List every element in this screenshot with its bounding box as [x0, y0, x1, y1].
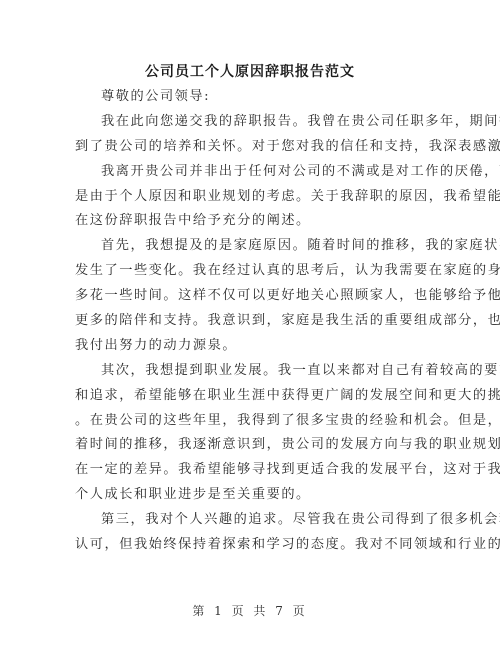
text-line: 在这份辞职报告中给予充分的阐述。: [75, 209, 420, 234]
text-line: 多花一些时间。这样不仅可以更好地关心照顾家人，也能够给予他们: [75, 284, 420, 309]
greeting: 尊敬的公司领导:: [75, 85, 420, 110]
page-number-footer: 第 1 页 共 7 页: [0, 602, 500, 620]
text-line: 发生了一些变化。我在经过认真的思考后，认为我需要在家庭的身边: [75, 259, 420, 284]
document-page: 公司员工个人原因辞职报告范文 尊敬的公司领导: 我在此向您递交我的辞职报告。我曾…: [0, 0, 500, 647]
document-title: 公司员工个人原因辞职报告范文: [0, 62, 500, 82]
text-line: 在一定的差异。我希望能够寻找到更适合我的发展平台，这对于我的: [75, 458, 420, 483]
document-body: 尊敬的公司领导: 我在此向您递交我的辞职报告。我曾在贵公司任职多年，期间得到了贵…: [75, 85, 420, 558]
text-line: 是由于个人原因和职业规划的考虑。关于我辞职的原因，我希望能够: [75, 185, 420, 210]
text-line: 认可，但我始终保持着探索和学习的态度。我对不同领域和行业的发: [75, 533, 420, 558]
text-line: 和追求，希望能够在职业生涯中获得更广阔的发展空间和更大的挑战: [75, 384, 420, 409]
text-line: 个人成长和职业进步是至关重要的。: [75, 483, 420, 508]
text-line: 更多的陪伴和支持。我意识到，家庭是我生活的重要组成部分，也是: [75, 309, 420, 334]
text-line: 着时间的推移，我逐渐意识到，贵公司的发展方向与我的职业规划存: [75, 433, 420, 458]
text-line: 我付出努力的动力源泉。: [75, 334, 420, 359]
text-line: 我在此向您递交我的辞职报告。我曾在贵公司任职多年，期间得: [75, 110, 420, 135]
text-line: 。在贵公司的这些年里，我得到了很多宝贵的经验和机会。但是，随: [75, 409, 420, 434]
text-line: 我离开贵公司并非出于任何对公司的不满或是对工作的厌倦，而: [75, 160, 420, 185]
text-line: 首先，我想提及的是家庭原因。随着时间的推移，我的家庭状况: [75, 234, 420, 259]
text-line: 第三，我对个人兴趣的追求。尽管我在贵公司得到了很多机会和: [75, 508, 420, 533]
text-line: 其次，我想提到职业发展。我一直以来都对自己有着较高的要求: [75, 359, 420, 384]
text-line: 到了贵公司的培养和关怀。对于您对我的信任和支持，我深表感激。: [75, 135, 420, 160]
